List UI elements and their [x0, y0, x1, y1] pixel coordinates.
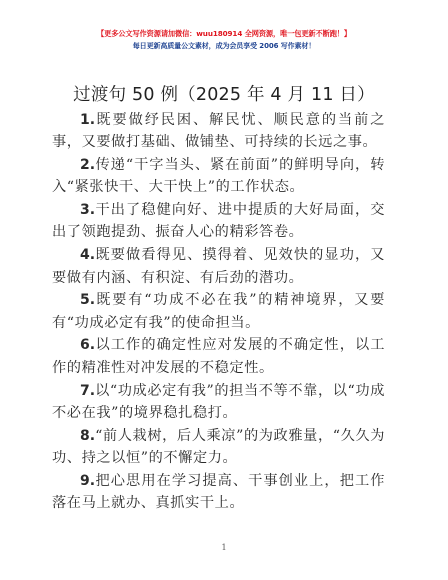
list-item: 1.既要做纾民困、解民忧、顺民意的当前之事，又要做打基础、做铺垫、可持续的长远之…	[52, 109, 385, 154]
item-number: 9.	[80, 473, 95, 489]
item-number: 7.	[80, 383, 95, 399]
item-text: 既要做纾民困、解民忧、顺民意的当前之事，又要做打基础、做铺垫、可持续的长远之事。	[52, 112, 385, 150]
item-text: 传递“干字当头、紧在前面”的鲜明导向，转入“紧张快干、大干快上”的工作状态。	[52, 157, 385, 195]
item-text: 既要做看得见、摸得着、见效快的显功，又要做有内涵、有积淀、有后劲的潜功。	[52, 247, 385, 285]
item-number: 8.	[80, 428, 95, 444]
item-text: “前人栽树，后人乘凉”的为政雅量，“久久为功、持之以恒”的不懈定力。	[52, 428, 385, 466]
list-item: 9.把心思用在学习提高、干事创业上，把工作落在马上就办、真抓实干上。	[52, 470, 385, 515]
document-page: 【更多公文写作资源请加微信：wuu180914 全网资源，唯一包更新不断跑！】 …	[0, 0, 448, 580]
item-number: 6.	[80, 337, 95, 353]
item-text: 干出了稳健向好、进中提质的大好局面，交出了领跑提劲、振奋人心的精彩答卷。	[52, 202, 385, 240]
promo-banner-line-2: 每日更新高质量公文素材，成为会员享受 2006 写作素材！	[0, 41, 448, 51]
list-item: 7.以“功成必定有我”的担当不等不靠，以“功成不必在我”的境界稳扎稳打。	[52, 380, 385, 425]
list-item: 8.“前人栽树，后人乘凉”的为政雅量，“久久为功、持之以恒”的不懈定力。	[52, 425, 385, 470]
item-number: 3.	[80, 202, 95, 218]
list-item: 6.以工作的确定性应对发展的不确定性，以工作的精准性对冲发展的不稳定性。	[52, 334, 385, 379]
page-number: 1	[0, 543, 448, 552]
item-text: 以“功成必定有我”的担当不等不靠，以“功成不必在我”的境界稳扎稳打。	[52, 383, 385, 421]
item-number: 2.	[80, 157, 95, 173]
list-item: 3.干出了稳健向好、进中提质的大好局面，交出了领跑提劲、振奋人心的精彩答卷。	[52, 199, 385, 244]
list-item: 5.既要有“功成不必在我”的精神境界，又要有“功成必定有我”的使命担当。	[52, 289, 385, 334]
item-number: 5.	[80, 292, 95, 308]
item-number: 4.	[80, 247, 95, 263]
list-item: 2.传递“干字当头、紧在前面”的鲜明导向，转入“紧张快干、大干快上”的工作状态。	[52, 154, 385, 199]
transition-sentence-list: 1.既要做纾民困、解民忧、顺民意的当前之事，又要做打基础、做铺垫、可持续的长远之…	[52, 109, 385, 515]
item-text: 把心思用在学习提高、干事创业上，把工作落在马上就办、真抓实干上。	[52, 473, 385, 511]
item-text: 以工作的确定性应对发展的不确定性，以工作的精准性对冲发展的不稳定性。	[52, 337, 385, 375]
document-title: 过渡句 50 例（2025 年 4 月 11 日）	[0, 81, 448, 106]
list-item: 4.既要做看得见、摸得着、见效快的显功，又要做有内涵、有积淀、有后劲的潜功。	[52, 244, 385, 289]
item-number: 1.	[80, 112, 95, 128]
promo-banner-line-1: 【更多公文写作资源请加微信：wuu180914 全网资源，唯一包更新不断跑！】	[0, 29, 448, 39]
item-text: 既要有“功成不必在我”的精神境界，又要有“功成必定有我”的使命担当。	[52, 292, 385, 330]
